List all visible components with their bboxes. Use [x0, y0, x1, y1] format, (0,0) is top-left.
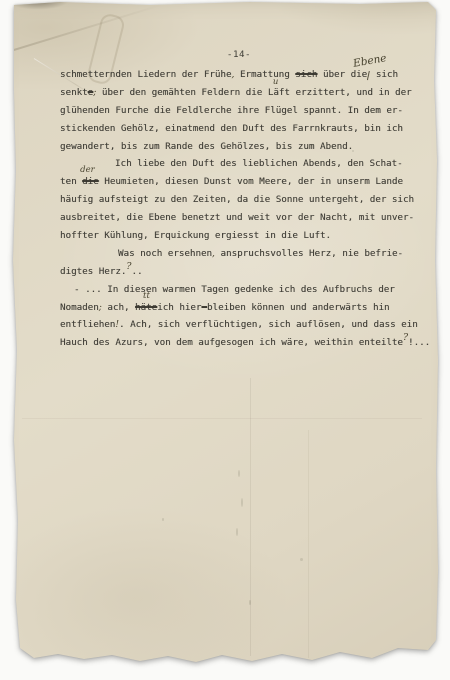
typed-text: .. [131, 266, 142, 277]
typed-text: Nomaden [60, 302, 99, 313]
typed-text: hoffter Kühlung, Erquickung ergiesst in … [60, 230, 331, 241]
typescript-line: Was noch ersehnen, anspruchsvolles Herz,… [60, 248, 438, 266]
typescript-text: schmetternden Liedern der Frühe, Ermattu… [60, 69, 438, 355]
horizontal-fold [22, 418, 422, 419]
typescript-line: glühenden Furche die Feldlerche ihre Flü… [60, 105, 438, 123]
vertical-fold [250, 378, 251, 656]
typescript-line: häufig aufsteigt zu den Zeiten, da die S… [60, 194, 438, 212]
typescript-line: Ich liebe den Duft des lieblichen Abends… [60, 158, 438, 176]
typed-text: ausbreitet, die Ebene benetzt und weit v… [60, 212, 414, 223]
handwritten-correction: u [273, 77, 278, 87]
handwritten-correction: der [80, 165, 95, 175]
typescript-line: senkte; über den gemähten Feldern die Lä… [60, 87, 438, 105]
struck-text: häte [135, 302, 157, 313]
show-through-mark [162, 518, 164, 521]
typed-text: Läft [268, 87, 290, 98]
typed-text: über die [317, 69, 367, 80]
struck-text: sich [295, 69, 317, 80]
scan-background: -14- schmetternden Liedern der Frühe, Er… [0, 0, 450, 680]
typed-text: - ... In diesen warmen Tagen gedenke ich… [74, 284, 395, 295]
typed-text: über den gemähten Feldern die [96, 87, 267, 98]
typescript-line: ausbreitet, die Ebene benetzt und weit v… [60, 212, 438, 230]
handwritten-mark: ? [403, 332, 408, 343]
corrected-word: hätett [135, 302, 157, 313]
typed-text: Heumieten, diesen Dunst vom Meere, der i… [99, 176, 403, 187]
handwritten-correction: tt [143, 291, 150, 301]
typescript-line: Hauch des Azurs, von dem aufgesogen ich … [60, 337, 438, 355]
typed-text: häufig aufsteigt zu den Zeiten, da die S… [60, 194, 414, 205]
typed-text: bleiben können und anderwärts hin [207, 302, 390, 313]
struck-text: die [82, 176, 99, 187]
typed-text: ten [60, 176, 82, 187]
typed-text: ach, [102, 302, 135, 313]
typed-text: senkt [60, 87, 88, 98]
show-through-mark [241, 498, 243, 507]
typed-text: Ermattung [234, 69, 295, 80]
show-through-mark [300, 558, 303, 561]
typescript-line: gewandert, bis zum Rande des Gehölzes, b… [60, 141, 438, 159]
typed-text: !... [408, 337, 430, 348]
typed-text: Was noch ersehnen [118, 248, 212, 259]
typed-text: ich hier [157, 302, 201, 313]
corrected-word: Läftu [268, 87, 290, 98]
paper-shadow-wrap: -14- schmetternden Liedern der Frühe, Er… [0, 0, 450, 680]
typed-text: schmetternden Liedern der Frühe [60, 69, 231, 80]
typescript-line: entfliehen!. Ach, sich verflüchtigen, si… [60, 319, 438, 337]
typescript-line: stickenden Gehölz, einatmend den Duft de… [60, 123, 438, 141]
typescript-line: - ... In diesen warmen Tagen gedenke ich… [60, 284, 438, 302]
typed-text: stickenden Gehölz, einatmend den Duft de… [60, 123, 403, 134]
corrected-word: dieder [82, 176, 99, 187]
typed-text: entfliehen [60, 319, 115, 330]
typed-text: Hauch des Azurs, von dem aufgesogen ich … [60, 337, 403, 348]
typed-text: Ich liebe den Duft des lieblichen Abends… [115, 158, 403, 169]
typed-text: glühenden Furche die Feldlerche ihre Flü… [60, 105, 403, 116]
typescript-line: ten dieder Heumieten, diesen Dunst vom M… [60, 176, 438, 194]
handwritten-mark: ? [126, 261, 131, 272]
vertical-fold [308, 430, 309, 658]
typed-text: sich [370, 69, 398, 80]
typed-text: digtes Herz. [60, 266, 126, 277]
paper-crease [4, 4, 162, 54]
typescript-page: -14- schmetternden Liedern der Frühe, Er… [0, 0, 450, 680]
typescript-line: Nomaden; ach, hätettich hier–bleiben kön… [60, 302, 438, 320]
show-through-mark [249, 600, 251, 605]
typescript-line: schmetternden Liedern der Frühe, Ermattu… [60, 69, 438, 87]
typed-text: erzittert, und in der [290, 87, 412, 98]
typed-text: anspruchsvolles Herz, nie befrie- [215, 248, 403, 259]
typed-text: . Ach, sich verflüchtigen, sich auflösen… [119, 319, 418, 330]
typescript-line: digtes Herz.?.. [60, 266, 438, 284]
show-through-mark [238, 470, 240, 477]
show-through-mark [236, 528, 238, 536]
typescript-line: hoffter Kühlung, Erquickung ergiesst in … [60, 230, 438, 248]
typed-text: gewandert, bis zum Rande des Gehölzes, b… [60, 141, 353, 152]
